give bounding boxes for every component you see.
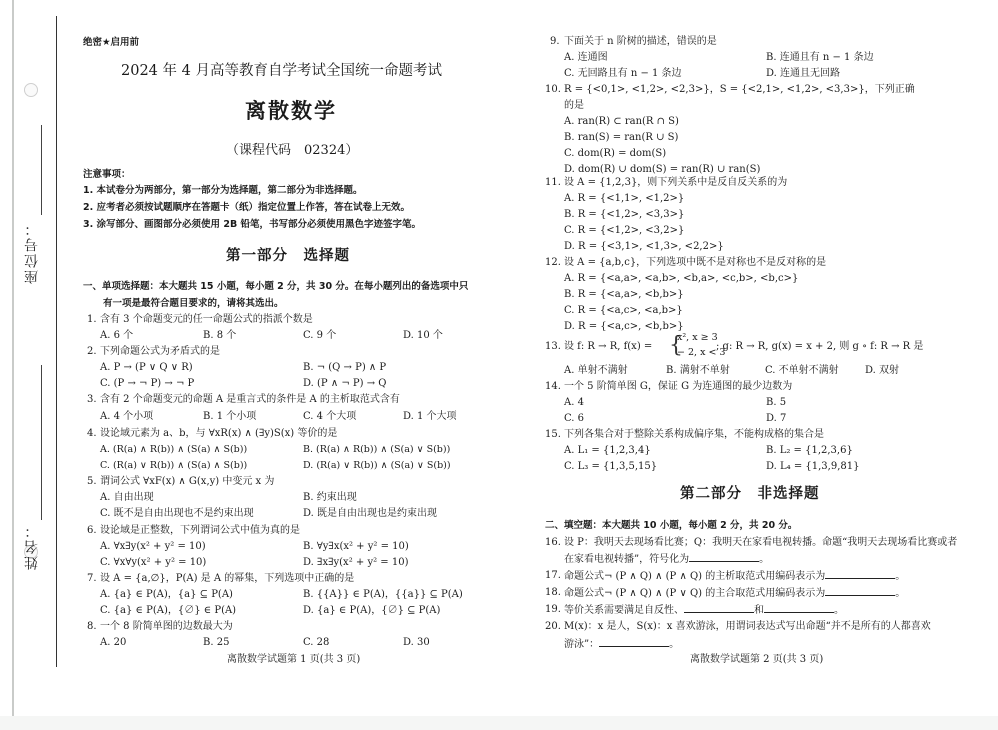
question-stem: R = {<0,1>, <1,2>, <2,3>}，S = {<2,1>, <1… — [564, 83, 915, 97]
question-text: 等价关系需要满足自反性、 — [564, 605, 684, 616]
option-d: D. (R(a) ∨ R(b)) ∧ (S(a) ∨ S(b)) — [303, 459, 451, 473]
question-stem: M(x)：x 是人，S(x)：x 喜欢游泳，用谓词表达式写出命题“并不是所有的人… — [564, 620, 931, 634]
option-a: A. 自由出现 — [100, 491, 154, 505]
question-stem: 设论域是正整数，下列谓词公式中值为真的是 — [100, 524, 300, 538]
question-number: 14. — [545, 380, 561, 394]
answer-blank — [684, 603, 754, 613]
option-a: A. P → (P ∨ Q ∨ R) — [100, 361, 193, 375]
option-b: B. R = {<a,a>, <b,b>} — [564, 288, 684, 302]
option-b: B. ¬ (Q → P) ∧ P — [303, 361, 386, 375]
question-stem: 设论域元素为 a、b，与 ∀xR(x) ∧ (∃y)S(x) 等价的是 — [100, 427, 337, 441]
option-b: B. R = {<1,2>, <3,3>} — [564, 208, 684, 222]
option-b: B. 满射不单射 — [666, 364, 730, 378]
question-stem: 一个 8 阶简单图的边数最大为 — [100, 620, 233, 634]
option-a: A. 4 个小项 — [100, 410, 153, 424]
option-b: B. (R(a) ∧ R(b)) ∧ (S(a) ∨ S(b)) — [303, 443, 450, 457]
question-stem: 含有 3 个命题变元的任一命题公式的指派个数是 — [100, 313, 313, 327]
option-d: D. ∃x∃y(x² + y² = 10) — [303, 556, 408, 570]
period: 。 — [669, 639, 679, 650]
option-b: B. 连通且有 n − 1 条边 — [766, 51, 874, 65]
option-c: C. 不单射不满射 — [765, 364, 839, 378]
option-a: A. 20 — [100, 636, 126, 650]
question-stem: 谓词公式 ∀xF(x) ∧ G(x,y) 中变元 x 为 — [100, 475, 274, 489]
option-d: D. dom(R) ∪ dom(S) = ran(R) ∪ ran(S) — [564, 163, 760, 177]
option-b: B. ∀y∃x(x² + y² = 10) — [303, 540, 409, 554]
answer-blank — [689, 552, 759, 562]
option-a: A. 4 — [564, 396, 584, 410]
notice-item: 3. 涂写部分、画图部分必须使用 2B 铅笔，书写部分必须使用黑色字迹签字笔。 — [83, 218, 421, 232]
option-d: D. R = {<a,c>, <b,b>} — [564, 320, 684, 334]
answer-blank — [825, 586, 895, 596]
option-b: B. L₂ = {1,2,3,6} — [766, 444, 853, 458]
question-stem: 设 f: R → R, f(x) = — [564, 340, 652, 354]
question-number: 9. — [550, 35, 560, 49]
option-c: C. 既不是自由出现也不是约束出现 — [100, 507, 254, 521]
question-number: 6. — [87, 524, 97, 538]
question-stem: 设 A = {a,b,c}，下列选项中既不是对称也不是反对称的是 — [564, 256, 826, 270]
option-c: C. 4 个大项 — [303, 410, 356, 424]
option-a: A. 连通图 — [564, 51, 608, 65]
secret-mark: 绝密★启用前 — [83, 36, 139, 50]
part2-instruction: 二、填空题：本大题共 10 小题，每小题 2 分，共 20 分。 — [545, 519, 797, 533]
part1-instruction-cont: 有一项是最符合题目要求的，请将其选出。 — [103, 297, 284, 311]
question-number: 7. — [87, 572, 97, 586]
option-d: D. 10 个 — [403, 329, 443, 343]
option-c: C. 28 — [303, 636, 329, 650]
notice-item: 2. 应考者必须按试题顺序在答题卡（纸）指定位置上作答，答在试卷上无效。 — [83, 201, 410, 215]
option-d: D. (P ∧ ¬ P) → Q — [303, 377, 386, 391]
question-stem: 命题公式¬ (P ∧ Q) ∧ (P ∨ Q) 的主合取范式用编码表示为。 — [564, 586, 905, 601]
question-number: 15. — [545, 428, 561, 442]
question-stem: 含有 2 个命题变元的命题 A 是重言式的条件是 A 的主析取范式含有 — [100, 393, 400, 407]
option-d: D. {a} ∈ P(A)，{∅} ⊆ P(A) — [303, 604, 440, 618]
option-a: A. 单射不满射 — [564, 364, 628, 378]
answer-blank — [599, 637, 669, 647]
question-text: 命题公式¬ (P ∧ Q) ∧ (P ∧ Q) 的主析取范式用编码表示为 — [564, 571, 825, 582]
question-stem: 下列命题公式为矛盾式的是 — [100, 345, 220, 359]
option-b: B. {{A}} ∈ P(A)，{{a}} ⊆ P(A) — [303, 588, 463, 602]
binding-margin-line — [56, 16, 57, 667]
part2-title: 第二部分 非选择题 — [680, 484, 820, 504]
option-d: D. 30 — [403, 636, 430, 650]
question-number: 8. — [87, 620, 97, 634]
option-d: D. 1 个大项 — [403, 410, 457, 424]
option-b: B. ran(S) = ran(R ∪ S) — [564, 131, 678, 145]
name-label: 姓名： — [22, 522, 42, 570]
option-b: B. 1 个小项 — [203, 410, 256, 424]
question-text: 游泳”： — [564, 639, 599, 650]
question-number: 4. — [87, 427, 97, 441]
option-a: A. (R(a) ∧ R(b)) ∧ (S(a) ∧ S(b)) — [100, 443, 247, 457]
question-stem: 等价关系需要满足自反性、和。 — [564, 603, 844, 618]
question-number: 20. — [545, 620, 561, 634]
name-line — [41, 365, 42, 520]
question-number: 18. — [545, 586, 561, 600]
question-number: 3. — [87, 393, 97, 407]
question-stem: 下面关于 n 阶树的描述，错误的是 — [564, 35, 717, 49]
option-b: B. 5 — [766, 396, 786, 410]
subject-title: 离散数学 — [245, 98, 337, 124]
option-c: C. {a} ∈ P(A)，{∅} ∈ P(A) — [100, 604, 236, 618]
question-number: 16. — [545, 536, 561, 550]
answer-blank — [764, 603, 834, 613]
period: 。 — [895, 588, 905, 599]
option-a: A. ran(R) ⊂ ran(R ∩ S) — [564, 115, 679, 129]
question-number: 11. — [545, 176, 561, 190]
notice-title: 注意事项： — [83, 168, 131, 182]
option-c: C. 无回路且有 n − 1 条边 — [564, 67, 682, 81]
period: 。 — [895, 571, 905, 582]
question-number: 2. — [87, 345, 97, 359]
option-d: D. R = {<3,1>, <1,3>, <2,2>} — [564, 240, 724, 254]
binding-edge-line — [12, 0, 14, 716]
seat-number-line — [41, 125, 42, 215]
period: 。 — [759, 554, 769, 565]
option-a: A. {a} ∈ P(A)，{a} ⊆ P(A) — [100, 588, 233, 602]
option-a: A. R = {<1,1>, <1,2>} — [564, 192, 684, 206]
option-c: C. R = {<a,c>, <a,b>} — [564, 304, 683, 318]
question-stem-cont: 在家看电视转播”，符号化为。 — [564, 552, 769, 567]
question-stem-cont: 游泳”：。 — [564, 637, 679, 652]
option-d: D. 连通且无回路 — [766, 67, 840, 81]
question-stem-cont: ; g: R → R, g(x) = x + 2, 则 g ∘ f: R → R… — [716, 340, 923, 354]
piecewise-top: x², x ≥ 3 — [677, 332, 718, 343]
question-stem: 命题公式¬ (P ∧ Q) ∧ (P ∧ Q) 的主析取范式用编码表示为。 — [564, 569, 905, 584]
option-a: A. R = {<a,a>, <a,b>, <b,a>, <c,b>, <b,c… — [564, 272, 798, 286]
option-a: A. 6 个 — [100, 329, 133, 343]
question-stem: 设 A = {a,∅}，P(A) 是 A 的幂集，下列选项中正确的是 — [100, 572, 354, 586]
question-text: 命题公式¬ (P ∧ Q) ∧ (P ∨ Q) 的主合取范式用编码表示为 — [564, 588, 825, 599]
page-footer-2: 离散数学试题第 2 页(共 3 页) — [690, 653, 823, 667]
course-code: （课程代码 02324） — [226, 142, 358, 160]
seat-number-label: 座位号： — [22, 220, 42, 284]
question-number: 17. — [545, 569, 561, 583]
option-b: B. 8 个 — [203, 329, 236, 343]
question-text: 在家看电视转播”，符号化为 — [564, 554, 689, 565]
exam-title: 2024 年 4 月高等教育自学考试全国统一命题考试 — [121, 62, 442, 80]
part1-title: 第一部分 选择题 — [226, 246, 350, 266]
question-stem: 设 P：我明天去现场看比赛；Q：我明天在家看电视转播。命题“我明天去现场看比赛或… — [564, 536, 957, 550]
question-stem-cont: 的是 — [564, 99, 584, 113]
question-stem: 设 A = {1,2,3}，则下列关系中是反自反关系的为 — [564, 176, 787, 190]
option-d: D. 双射 — [865, 364, 899, 378]
question-number: 5. — [87, 475, 97, 489]
option-d: D. L₄ = {1,3,9,81} — [766, 460, 859, 474]
question-number: 1. — [87, 313, 97, 327]
question-number: 10. — [545, 83, 561, 97]
question-number: 13. — [545, 340, 561, 354]
part1-instruction: 一、单项选择题：本大题共 15 小题，每小题 2 分，共 30 分。在每小题列出… — [83, 280, 468, 294]
option-d: D. 既是自由出现也是约束出现 — [303, 507, 437, 521]
option-a: A. L₁ = {1,2,3,4} — [564, 444, 651, 458]
question-number: 19. — [545, 603, 561, 617]
binder-hole-icon — [24, 83, 38, 97]
notice-item: 1. 本试卷分为两部分，第一部分为选择题，第二部分为非选择题。 — [83, 184, 363, 198]
option-c: C. dom(R) = dom(S) — [564, 147, 666, 161]
option-a: A. ∀x∃y(x² + y² = 10) — [100, 540, 206, 554]
option-c: C. 6 — [564, 412, 584, 426]
question-text: 和 — [754, 605, 764, 616]
question-stem: 下列各集合对于整除关系构成偏序集，不能构成格的集合是 — [564, 428, 824, 442]
option-c: C. R = {<1,2>, <3,2>} — [564, 224, 684, 238]
option-b: B. 约束出现 — [303, 491, 357, 505]
option-c: C. ∀x∀y(x² + y² = 10) — [100, 556, 206, 570]
option-c: C. 9 个 — [303, 329, 336, 343]
option-c: C. (R(a) ∨ R(b)) ∧ (S(a) ∧ S(b)) — [100, 459, 247, 473]
page-footer-1: 离散数学试题第 1 页(共 3 页) — [227, 653, 360, 667]
question-number: 12. — [545, 256, 561, 270]
answer-blank — [825, 569, 895, 579]
scan-bottom-edge — [0, 716, 998, 730]
option-d: D. 7 — [766, 412, 786, 426]
period: 。 — [834, 605, 844, 616]
option-b: B. 25 — [203, 636, 229, 650]
option-c: C. (P → ¬ P) → ¬ P — [100, 377, 194, 391]
option-c: C. L₃ = {1,3,5,15} — [564, 460, 657, 474]
question-stem: 一个 5 阶简单图 G，保证 G 为连通图的最少边数为 — [564, 380, 792, 394]
